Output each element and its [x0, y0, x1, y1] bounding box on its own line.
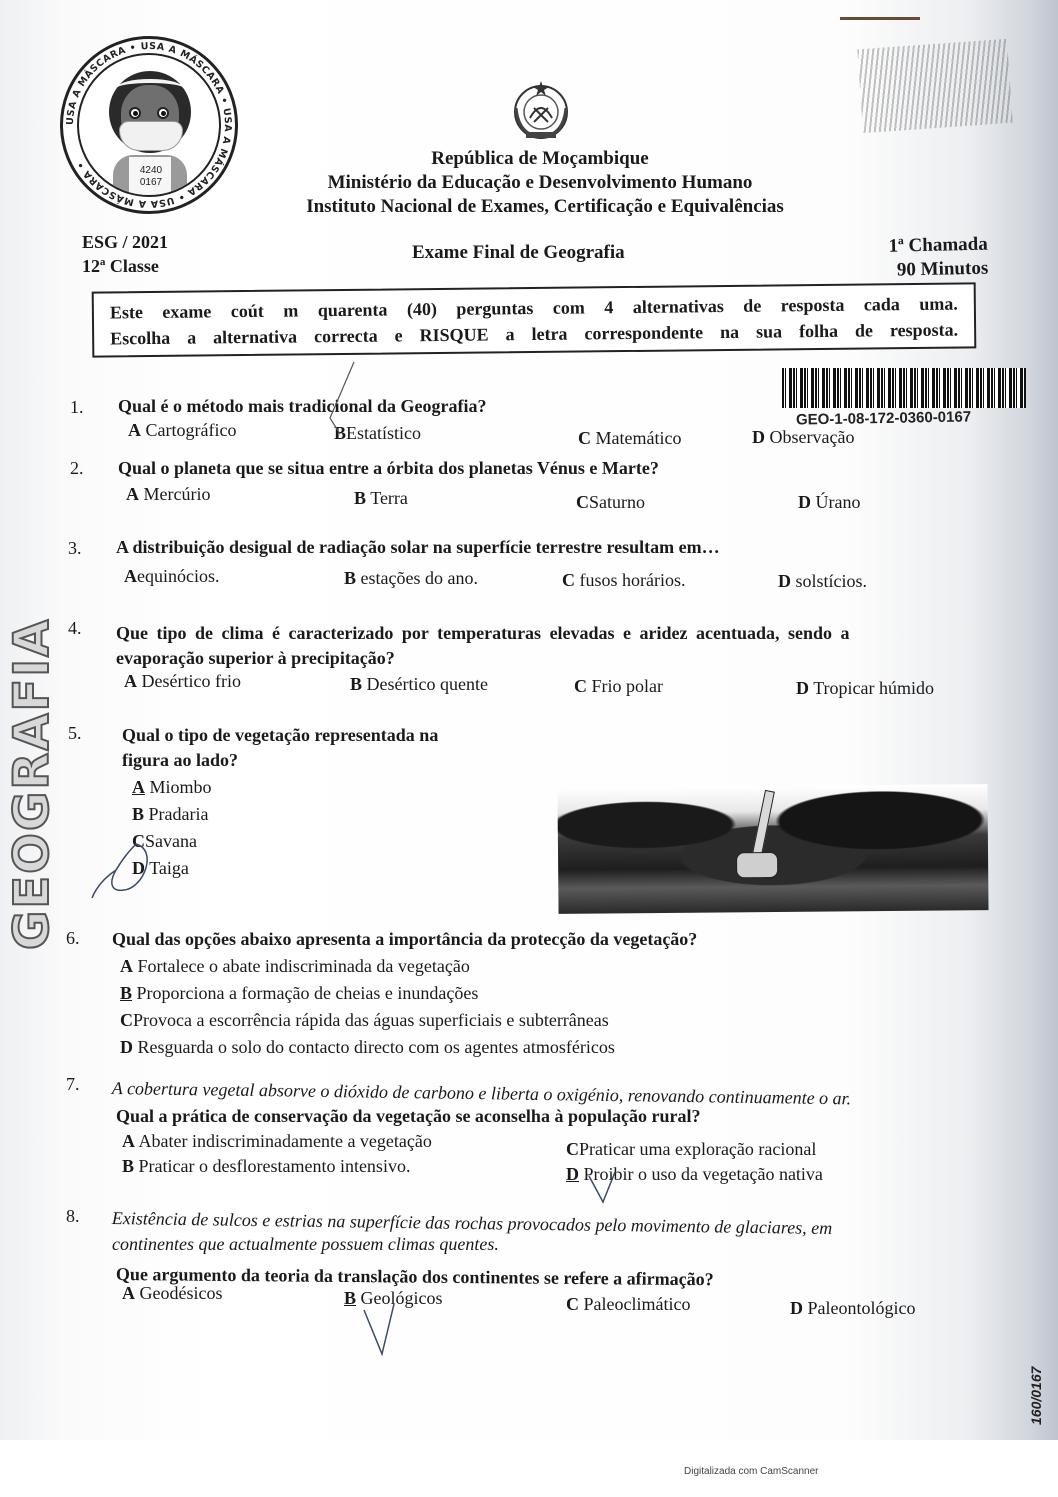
q5-option-a[interactable]: A Miombo [132, 777, 212, 798]
pen-check-mark [310, 360, 370, 440]
barcode-code: GEO-1-08-172-0360-0167 [796, 408, 971, 428]
question-number: 5. [68, 723, 82, 744]
q4-option-a[interactable]: A Desértico frio [124, 671, 241, 692]
question-4-text-line-2: evaporação superior à precipitação? [116, 648, 395, 669]
q8-option-a[interactable]: A Geodésicos [122, 1283, 222, 1304]
q1-option-d[interactable]: D Observação [752, 427, 854, 448]
question-7-text: Qual a prática de conservação da vegetaç… [116, 1106, 700, 1127]
q3-option-c[interactable]: C fusos horários. [562, 570, 686, 591]
q7-option-a[interactable]: A Abater indiscriminadamente a vegetação [122, 1131, 432, 1152]
q2-option-b[interactable]: B Terra [354, 488, 408, 509]
duration: 90 Minutos [858, 257, 988, 284]
question-number: 6. [66, 928, 80, 949]
question-8-context-line-2: continentes que actualmente possuem clim… [112, 1234, 499, 1255]
exam-meta-right: 1ª Chamada 90 Minutos [858, 233, 989, 284]
scanner-watermark: Digitalizada com CamScanner [684, 1466, 819, 1477]
side-subject-label: GEOGRAFIA [4, 618, 60, 950]
q2-option-c[interactable]: CSaturno [576, 492, 645, 513]
institute-heading: Instituto Nacional de Exames, Certificaç… [250, 196, 840, 218]
mozambique-coat-of-arms-icon [508, 78, 574, 144]
q3-option-b[interactable]: B estações do ano. [344, 568, 478, 589]
scan-shadow [968, 0, 1058, 1440]
security-pattern [857, 39, 1012, 133]
q1-option-a[interactable]: A Cartográfico [128, 420, 236, 441]
q1-option-c[interactable]: C Matemático [578, 428, 681, 449]
instructions-box: Este exame coút m quarenta (40) pergunta… [92, 282, 977, 357]
republic-heading: República de Moçambique [280, 148, 800, 170]
class-level: 12ª Classe [82, 254, 168, 278]
question-number: 1. [70, 397, 84, 418]
question-2-text: Qual o planeta que se situa entre a órbi… [118, 458, 659, 479]
esg-year: ESG / 2021 [82, 230, 168, 254]
question-1-text: Qual é o método mais tradicional da Geog… [118, 396, 486, 417]
question-4-text-line-1: Que tipo de clima é caracterizado por te… [116, 623, 850, 644]
q4-option-c[interactable]: C Frio polar [574, 676, 663, 697]
call-number: 1ª Chamada [858, 233, 988, 260]
badge-number: 4240 0167 [131, 165, 171, 189]
top-mark [840, 17, 920, 20]
mask-badge: USA A MÁSCARA • USA A MÁSCARA • USA A MÁ… [60, 36, 238, 214]
question-5-text-line-2: figura ao lado? [122, 750, 238, 771]
pen-check-mark [360, 1300, 410, 1360]
pen-check-mark [585, 1170, 625, 1210]
question-number: 2. [70, 458, 84, 479]
corner-code: 160/0167 [1028, 1367, 1044, 1425]
question-6-text: Qual das opções abaixo apresenta a impor… [112, 929, 697, 950]
question-3-text: A distribuição desigual de radiação sola… [116, 537, 720, 558]
q2-option-a[interactable]: A Mercúrio [126, 484, 210, 505]
q2-option-d[interactable]: D Úrano [798, 492, 860, 513]
q6-option-c[interactable]: CProvoca a escorrência rápida das águas … [120, 1010, 609, 1031]
ministry-heading: Ministério da Educação e Desenvolvimento… [260, 172, 820, 194]
exam-meta-left: ESG / 2021 12ª Classe [82, 230, 168, 278]
q6-option-b[interactable]: B Proporciona a formação de cheias e inu… [120, 983, 478, 1004]
q6-option-a[interactable]: A Fortalece o abate indiscriminada da ve… [120, 956, 470, 977]
pen-circle-mark [88, 840, 168, 900]
q6-option-d[interactable]: D Resguarda o solo do contacto directo c… [120, 1037, 615, 1058]
q7-option-b[interactable]: B Praticar o desflorestamento intensivo. [122, 1156, 410, 1177]
question-number: 8. [66, 1206, 80, 1227]
q8-option-c[interactable]: C Paleoclimático [566, 1294, 690, 1315]
question-number: 4. [68, 618, 82, 639]
q4-option-b[interactable]: B Desértico quente [350, 674, 488, 695]
question-number: 3. [68, 538, 82, 559]
q3-option-d[interactable]: D solstícios. [778, 571, 867, 592]
question-5-text-line-1: Qual o tipo de vegetação representada na [122, 725, 438, 746]
barcode [782, 368, 1026, 408]
q4-option-d[interactable]: D Tropicar húmido [796, 678, 934, 699]
q8-option-d[interactable]: D Paleontológico [790, 1298, 915, 1319]
question-number: 7. [66, 1074, 80, 1095]
masked-girl-icon: 4240 0167 [77, 53, 221, 197]
q5-option-b[interactable]: B Pradaria [132, 804, 208, 825]
exam-title: Exame Final de Geografia [412, 242, 625, 264]
q7-option-c[interactable]: CPraticar uma exploração racional [566, 1139, 816, 1160]
q3-option-a[interactable]: Aequinócios. [124, 566, 220, 587]
savanna-with-giraffe-photo [557, 784, 988, 914]
